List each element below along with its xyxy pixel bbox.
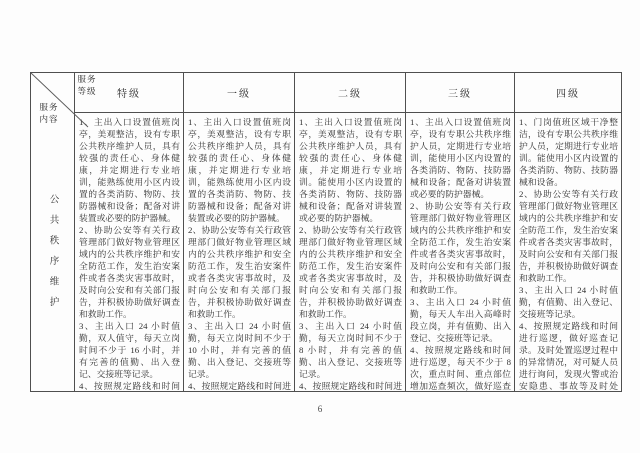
requirement-item: 3、主出入口 24 小时值勤，有值勤、出入登记、交接班等记录。 bbox=[519, 284, 618, 320]
requirement-item: 1、主出入口设置值班岗亭，美观整洁，设有专职公共秩序维护人员，具有较强的责任心、… bbox=[188, 116, 291, 224]
requirement-item: 2、协助公安等有关行政管理部门做好物业管理区域内的公共秩序维护和安全防范工作，发… bbox=[299, 224, 402, 320]
requirement-item: 1、主出入口设置值班岗亭，美观整洁，设有专职公共秩序维护人员，具有较强的责任心、… bbox=[79, 116, 180, 224]
page-number: 6 bbox=[0, 404, 640, 414]
requirement-item: 4、按照规定路线和时间进行巡逻，每天不少于 24 次，重点时间、重点部位增加巡查 bbox=[79, 380, 180, 391]
requirement-item: 2、协助公安等有关行政管理部门做好物业管理区域内的公共秩序维护和安全防范工作，发… bbox=[519, 188, 618, 284]
requirement-item: 3、主出入口 24 小时值勤，双人值守，每天立岗时间不少于 16 小时，并有完善… bbox=[79, 320, 180, 380]
requirement-item: 2、协助公安等有关行政管理部门做好物业管理区域内的公共秩序维护和安全防范工作，发… bbox=[188, 224, 291, 320]
requirement-item: 1、主出入口设置值班岗亭，设有专职公共秩序维护人员，定期进行专业培训，能使用小区… bbox=[410, 116, 511, 200]
column-header-level-2: 二级 bbox=[294, 73, 405, 113]
grade-cell-level-1: 1、主出入口设置值班岗亭，美观整洁，设有专职公共秩序维护人员，具有较强的责任心、… bbox=[183, 113, 294, 391]
requirement-item: 3、主出入口 24 小时值勤，每天人车出入高峰时段立岗，并有值勤、出入登记、交接… bbox=[410, 296, 511, 344]
grade-cell-level-4: 1、门岗值班区域干净整洁，设有专职公共秩序维护人员，定期进行专业培训。能使用小区… bbox=[514, 113, 621, 391]
corner-header-cell: 服务 等级 服务 内容 bbox=[31, 73, 74, 113]
row-label-column: 服务 等级 服务 内容 公共秩序维护 bbox=[31, 73, 74, 391]
column-header-level-1: 一级 bbox=[183, 73, 294, 113]
row-label-wrap: 公共秩序维护 bbox=[31, 119, 74, 391]
column-header-level-4: 四级 bbox=[514, 73, 621, 113]
row-label-public-order-maintenance: 公共秩序维护 bbox=[46, 194, 60, 317]
requirement-item: 3、主出入口 24 小时值勤，每天立岗时间不少于 8 小时，并有完善的值勤、出入… bbox=[299, 320, 402, 380]
requirement-item: 4、按照规定路线和时间进行巡逻，做好巡查记录。及时处置巡逻过程中的异常情况，对可… bbox=[519, 320, 618, 391]
requirement-item: 2、协助公安等有关行政管理部门做好物业管理区域内的公共秩序维护和安全防范工作，发… bbox=[79, 224, 180, 320]
requirement-item: 1、主出入口设置值班岗亭，美观整洁，设有专职公共秩序维护人员，具有较强的责任心、… bbox=[299, 116, 402, 224]
column-header-level-3: 三级 bbox=[405, 73, 514, 113]
requirement-item: 1、门岗值班区域干净整洁，设有专职公共秩序维护人员，定期进行专业培训。能使用小区… bbox=[519, 116, 618, 188]
grade-cell-level-2: 1、主出入口设置值班岗亭，美观整洁，设有专职公共秩序维护人员，具有较强的责任心、… bbox=[294, 113, 405, 391]
corner-label-service-grade: 服务 等级 bbox=[64, 74, 110, 97]
requirement-item: 4、按照规定路线和时间进行巡逻，每天不少于 12 次，重点时间、重点部位增加巡查… bbox=[188, 380, 291, 391]
requirement-item: 3、主出入口 24 小时值勤，每天立岗时间不少于 10 小时，并有完善的值勤、出… bbox=[188, 320, 291, 380]
requirement-item: 4、按照规定路线和时间进行巡逻，每天不少于 8 次，重点时间、重点部位增加巡查频… bbox=[410, 344, 511, 391]
grade-cell-special: 1、主出入口设置值班岗亭，美观整洁，设有专职公共秩序维护人员，具有较强的责任心、… bbox=[74, 113, 183, 391]
service-grade-table: 服务 等级 服务 内容 公共秩序维护 特级 一级 二级 三级 四级 1、主出入口… bbox=[30, 72, 622, 392]
requirement-item: 4、按照规定路线和时间进行巡逻，每天不少于 10 次，重点时间、重点部位增加巡查… bbox=[299, 380, 402, 391]
scanned-document-page: 服务 等级 服务 内容 公共秩序维护 特级 一级 二级 三级 四级 1、主出入口… bbox=[0, 0, 640, 453]
grade-cell-level-3: 1、主出入口设置值班岗亭，设有专职公共秩序维护人员，定期进行专业培训，能使用小区… bbox=[405, 113, 514, 391]
requirement-item: 2、协助公安等有关行政管理部门做好物业管理区域内的公共秩序维护和安全防范工作，发… bbox=[410, 200, 511, 296]
